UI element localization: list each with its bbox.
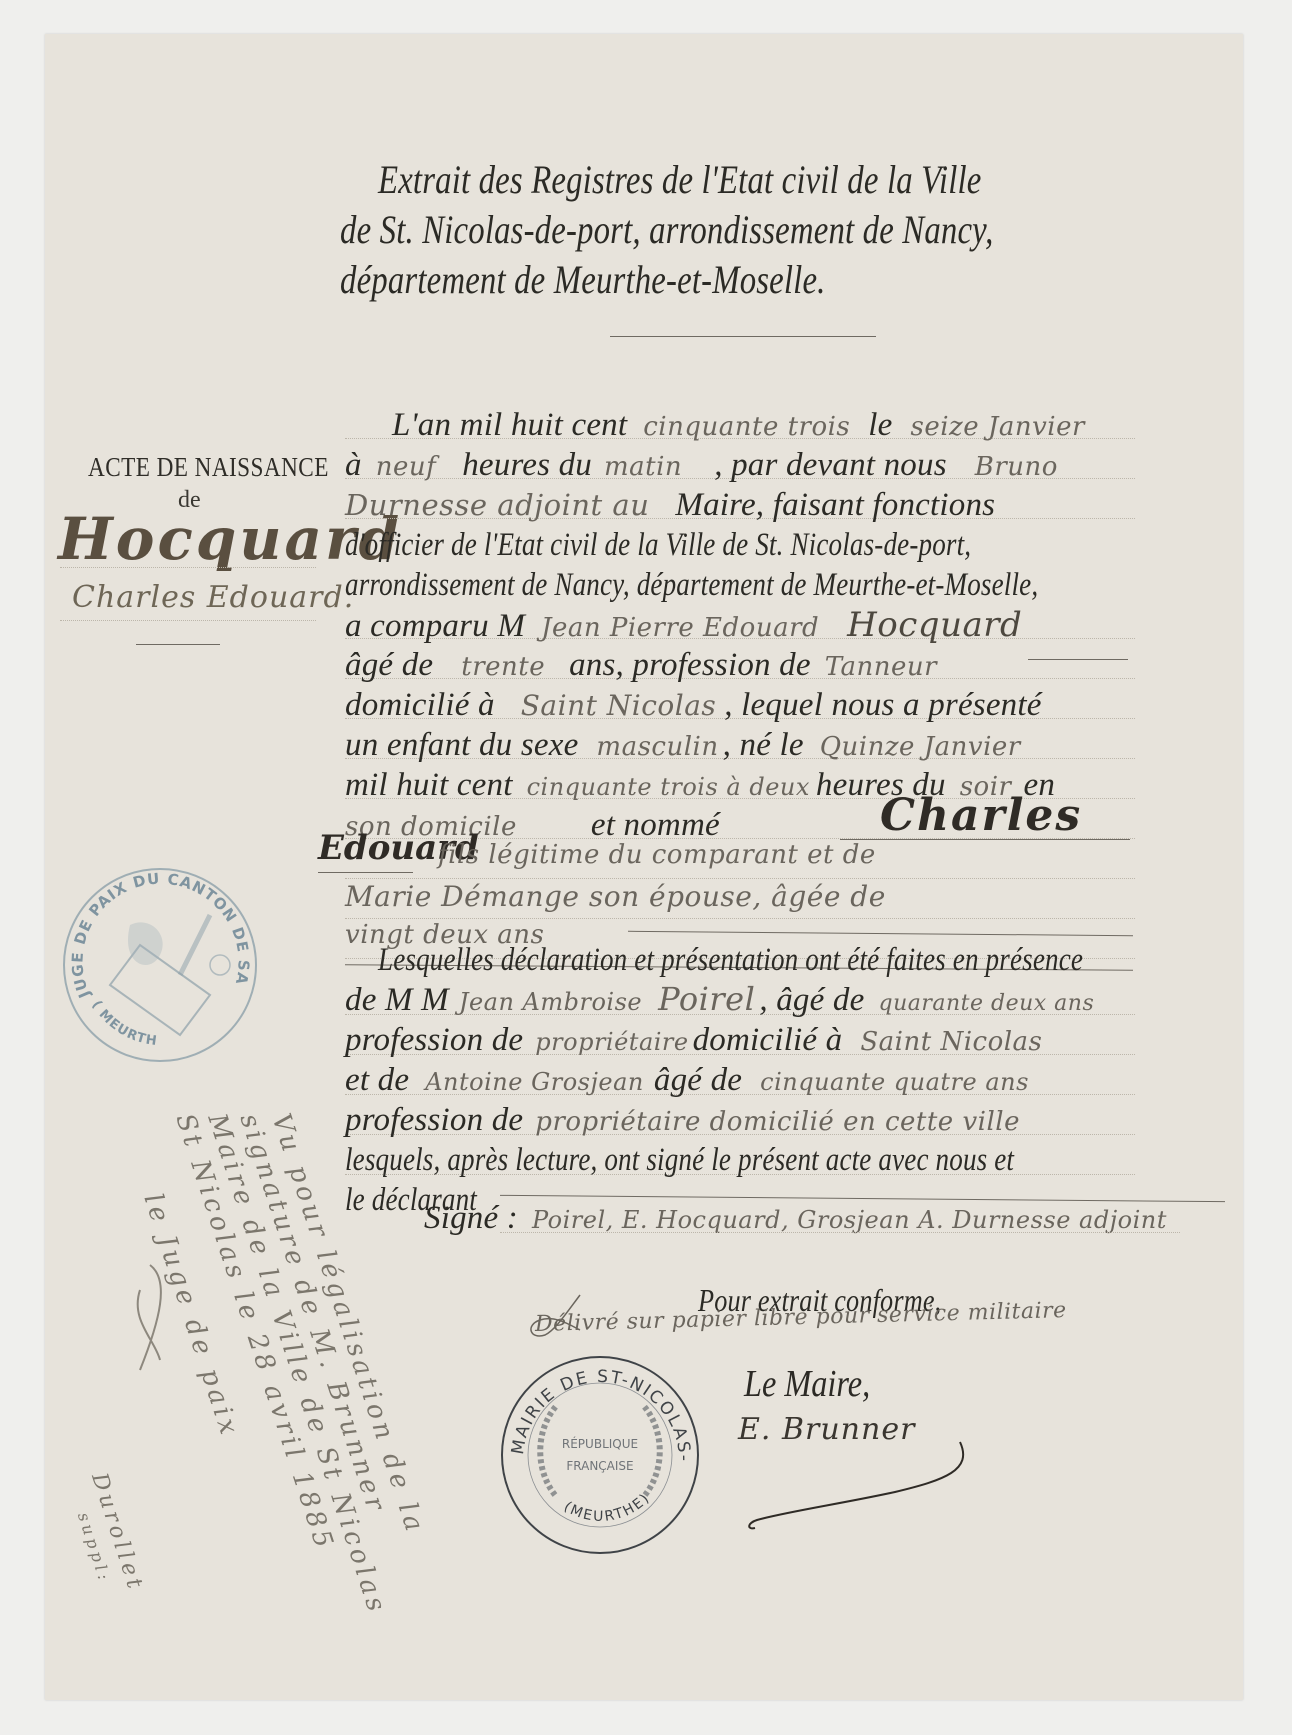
printed-text: un enfant du sexe xyxy=(345,725,578,765)
body-line-4: d'officier de l'Etat civil de la Ville d… xyxy=(345,525,971,565)
printed-text: , lequel nous a présenté xyxy=(724,685,1041,725)
handwritten-fill: seize Janvier xyxy=(911,412,1085,442)
handwritten-fill: Quinze Janvier xyxy=(820,732,1021,762)
witness-line-2: de M M Jean Ambroise Poirel , âgé de qua… xyxy=(345,980,1094,1020)
header-line-3: département de Meurthe-et-Moselle. xyxy=(340,258,826,302)
printed-text: domicilié à xyxy=(345,685,495,725)
header-line-2: de St. Nicolas-de-port, arrondissement d… xyxy=(340,208,993,252)
printed-text: profession de xyxy=(345,1100,523,1140)
handwritten-fill: cinquante quatre ans xyxy=(760,1068,1029,1096)
printed-text: a comparu M xyxy=(345,606,525,646)
handwritten-surname: Hocquard xyxy=(847,605,1022,645)
witness-line-5: profession de propriétaire domicilié en … xyxy=(345,1100,1020,1140)
justice-stamp: JUGE DE PAIX DU CANTON DE SAINT-NICOLAS … xyxy=(60,865,260,1065)
printed-text: heures du xyxy=(462,445,592,485)
body-line-8: domicilié à Saint Nicolas , lequel nous … xyxy=(345,685,1042,725)
legalization-flourish-icon xyxy=(120,1260,180,1380)
signature-flourish-icon xyxy=(745,1440,975,1530)
printed-text: mil huit cent xyxy=(345,765,513,805)
guide-line xyxy=(500,1232,1180,1233)
fill-rule xyxy=(318,872,413,873)
handwritten-fill: Tanneur xyxy=(825,652,937,682)
witness-line-1: Lesquelles déclaration et présentation o… xyxy=(378,940,1083,980)
body-line-2: à neuf heures du matin , par devant nous… xyxy=(345,445,1058,485)
handwritten-fill: cinquante trois à deux xyxy=(527,773,810,801)
printed-text: de M M xyxy=(345,980,449,1020)
printed-text: domicilié à xyxy=(693,1020,843,1060)
handwritten-fill: cinquante trois xyxy=(643,412,850,442)
handwritten-fill: propriétaire domicilié en cette ville xyxy=(535,1107,1020,1137)
printed-text: âgé de xyxy=(345,645,433,685)
body-line-6: a comparu M Jean Pierre Edouard Hocquard xyxy=(345,605,1022,645)
acte-given-names: Charles Edouard. xyxy=(72,580,354,615)
handwritten-fill: quarante deux ans xyxy=(878,991,1094,1016)
mairie-stamp: MAIRIE DE ST-NICOLAS-DE-PORT (MEURTHE) R… xyxy=(495,1350,705,1560)
signatures-names: Poirel, E. Hocquard, Grosjean A. Durness… xyxy=(532,1206,1167,1234)
handwritten-fill: matin xyxy=(604,452,682,482)
handwritten-fill: Jean Ambroise xyxy=(459,988,642,1016)
printed-text: le xyxy=(868,405,892,445)
handwritten-fill: Durnesse adjoint au xyxy=(345,488,649,522)
margin-dotted-line xyxy=(60,620,316,621)
fill-rule xyxy=(1028,659,1128,660)
header-line-1: Extrait des Registres de l'Etat civil de… xyxy=(378,158,981,202)
handwritten-fill: masculin xyxy=(596,732,718,762)
printed-text: et nommé xyxy=(591,805,720,845)
guide-line xyxy=(345,918,1135,919)
body-line-5: arrondissement de Nancy, département de … xyxy=(345,565,1038,605)
body-line-13: Marie Démange son épouse, âgée de xyxy=(345,880,886,913)
witness-line-3: profession de propriétaire domicilié à S… xyxy=(345,1020,1042,1060)
handwritten-surname: Poirel xyxy=(658,980,755,1018)
delivre-flourish-icon xyxy=(525,1290,595,1340)
body-line-7: âgé de trente ans, profession de Tanneur xyxy=(345,645,937,685)
handwritten-fill: Bruno xyxy=(975,452,1058,482)
body-line-9: un enfant du sexe masculin , né le Quinz… xyxy=(345,725,1021,765)
mairie-bottom-text: (MEURTHE) xyxy=(561,1490,654,1525)
handwritten-fill: propriétaire xyxy=(535,1028,688,1056)
handwritten-fill: Saint Nicolas xyxy=(860,1027,1042,1057)
margin-dotted-line xyxy=(60,567,316,568)
body-line-1: L'an mil huit cent cinquante trois le se… xyxy=(392,405,1085,445)
printed-text: ans, profession de xyxy=(569,645,811,685)
child-first-name: Charles xyxy=(880,790,1082,841)
handwritten-fill: neuf xyxy=(376,452,437,482)
printed-text: âgé de xyxy=(654,1060,742,1100)
mairie-center-line-2: FRANÇAISE xyxy=(566,1459,633,1473)
printed-text: et de xyxy=(345,1060,409,1100)
handwritten-fill: trente xyxy=(461,652,545,682)
fill-rule xyxy=(840,839,1130,840)
witness-line-6: lesquels, après lecture, ont signé le pr… xyxy=(345,1140,1014,1180)
printed-text: Maire, faisant fonctions xyxy=(675,485,995,525)
guide-line xyxy=(345,878,1135,879)
printed-text: , par devant nous xyxy=(714,445,947,485)
printed-text: profession de xyxy=(345,1020,523,1060)
acte-title: ACTE DE NAISSANCE xyxy=(88,452,329,483)
mairie-center-line-1: RÉPUBLIQUE xyxy=(562,1436,638,1451)
printed-text: à xyxy=(345,445,362,485)
handwritten-fill: Saint Nicolas xyxy=(521,689,717,722)
printed-text: , né le xyxy=(723,725,804,765)
margin-divider xyxy=(136,644,220,645)
witness-line-4: et de Antoine Grosjean âgé de cinquante … xyxy=(345,1060,1029,1100)
body-line-12: fils légitime du comparant et de xyxy=(438,840,876,870)
body-line-3: Durnesse adjoint au Maire, faisant fonct… xyxy=(345,485,995,525)
printed-text: L'an mil huit cent xyxy=(392,405,627,445)
handwritten-fill: Antoine Grosjean xyxy=(425,1068,644,1096)
header-divider xyxy=(610,336,876,337)
svg-text:(MEURTHE): (MEURTHE) xyxy=(561,1490,654,1525)
printed-text: , âgé de xyxy=(759,980,864,1020)
le-maire-label: Le Maire, xyxy=(744,1362,870,1406)
handwritten-fill: Jean Pierre Edouard xyxy=(541,613,819,643)
